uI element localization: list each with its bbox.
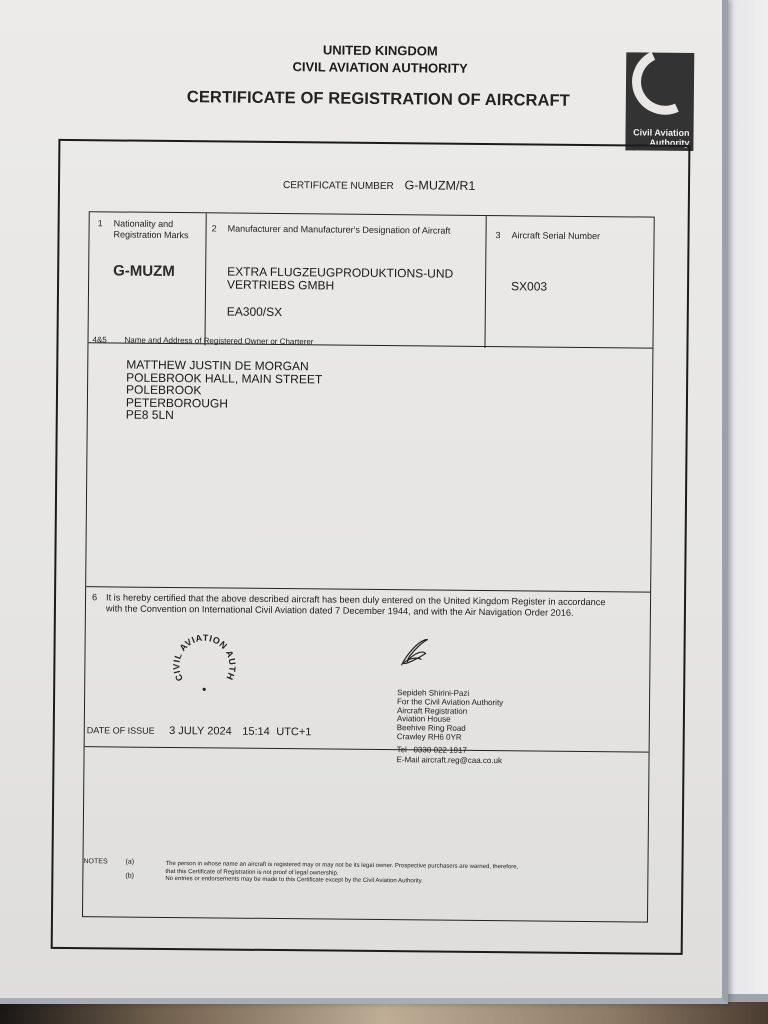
certificate-number: CERTIFICATE NUMBER G-MUZM/R1: [283, 177, 475, 193]
divider: [86, 586, 650, 592]
registration-mark: G-MUZM: [113, 262, 175, 280]
note-b-key: (b): [125, 873, 134, 881]
email-address[interactable]: aircraft.reg@caa.co.uk: [421, 755, 502, 765]
serial-number: SX003: [511, 280, 547, 293]
manufacturer: EXTRA FLUGZEUGPRODUKTIONS-UND VERTRIEBS …: [227, 266, 453, 294]
signature: [397, 635, 433, 671]
owner-postcode: PE8 5LN: [126, 409, 322, 423]
box45-label: Name and Address of Registered Owner or …: [124, 335, 313, 348]
box1-number: 1: [98, 218, 103, 229]
tel-label: Tel: [397, 745, 407, 754]
issue-timezone: UTC+1: [276, 726, 311, 738]
date-of-issue: DATE OF ISSUE 3 JULY 2024 15:14 UTC+1: [87, 724, 312, 738]
notes-section: NOTES (a) The person in whose name an ai…: [84, 858, 648, 863]
date-of-issue-label: DATE OF ISSUE: [87, 725, 155, 736]
certificate-document: UNITED KINGDOM CIVIL AVIATION AUTHORITY …: [0, 0, 768, 1024]
box6-number: 6: [92, 592, 97, 603]
logo-text-line1: Civil Aviation: [633, 127, 689, 138]
document-title: CERTIFICATE OF REGISTRATION OF AIRCRAFT: [187, 88, 570, 111]
issue-date: 3 JULY 2024: [169, 725, 232, 738]
signatory-block: Sepideh Shirini-Pazi For the Civil Aviat…: [397, 689, 504, 743]
box1-label-line1: Nationality and: [114, 218, 189, 230]
box2-label: Manufacturer and Manufacturer's Designat…: [228, 224, 451, 237]
caa-logo: Civil Aviation Authority: [625, 52, 694, 151]
box1-label-line2: Registration Marks: [113, 229, 188, 241]
caa-seal-stamp: CIVIL AVIATION AUTHORITY: [167, 623, 242, 698]
box3-number: 3: [495, 230, 500, 241]
tel-number: 0330 022 1917: [413, 745, 466, 755]
signatory-line: Crawley RH6 0YR: [397, 733, 503, 743]
email-label: E-Mail: [396, 755, 419, 764]
notes-label: NOTES: [83, 858, 107, 866]
divider: [85, 746, 649, 752]
box45-number: 4&5: [92, 334, 106, 345]
box2-number: 2: [212, 223, 217, 234]
box1-label: Nationality and Registration Marks: [113, 218, 188, 241]
divider: [204, 213, 206, 345]
aircraft-designation: EA300/SX: [227, 306, 282, 320]
divider: [484, 216, 486, 348]
issue-time: 15:14: [242, 726, 270, 738]
certification-statement: 6 It is hereby certified that the above …: [92, 592, 640, 619]
manufacturer-line2: VERTRIEBS GMBH: [227, 279, 453, 294]
seal-text: CIVIL AVIATION AUTHORITY: [167, 623, 238, 683]
note-a-key: (a): [125, 859, 134, 867]
certificate-number-label: CERTIFICATE NUMBER: [283, 180, 394, 192]
svg-text:CIVIL AVIATION AUTHORITY: CIVIL AVIATION AUTHORITY: [167, 623, 238, 683]
owner-address: MATTHEW JUSTIN DE MORGAN POLEBROOK HALL,…: [126, 359, 323, 423]
certificate-fields-grid: 1 Nationality and Registration Marks G-M…: [82, 211, 655, 922]
box3-label: Aircraft Serial Number: [511, 230, 600, 242]
contact-block: Tel 0330 022 1917 E-Mail aircraft.reg@ca…: [396, 745, 502, 766]
certificate-number-value: G-MUZM/R1: [404, 178, 475, 193]
